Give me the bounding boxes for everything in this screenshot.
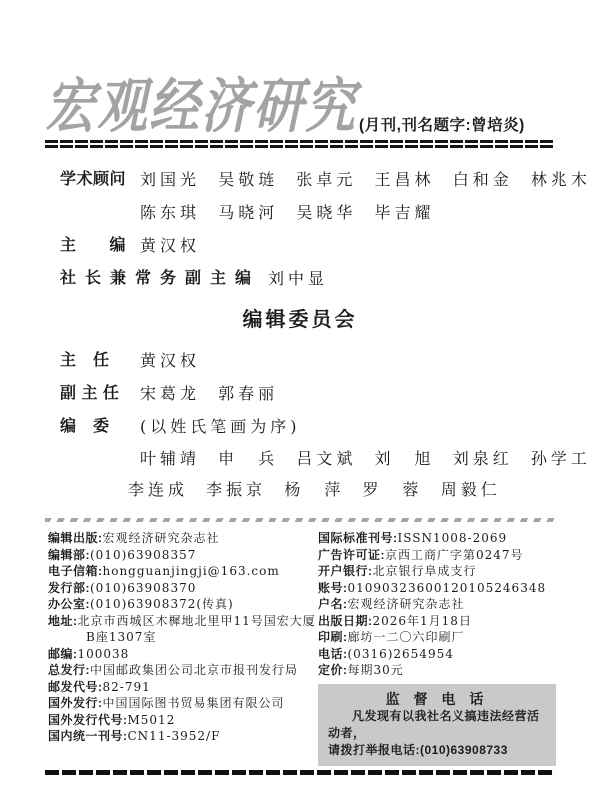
colophon-value: M5012: [128, 713, 176, 727]
colophon-line: 账号:01090323600120105246348: [318, 580, 556, 597]
committee-members-note: (以姓氏笔画为序): [140, 410, 301, 443]
notice-line-1: 凡发现有以我社名义搞违法经营活动者，: [328, 708, 546, 742]
colophon-line: 总发行:中国邮政集团公司北京市报刊发行局: [48, 662, 318, 679]
advisors-row: 学术顾问 刘国光 吴敬琏 张卓元 王昌林 白和金 林兆木 陈东琪 马晓河 吴晓华…: [60, 163, 555, 229]
colophon-label: 邮编:: [48, 647, 78, 661]
colophon-label: 编辑部:: [48, 548, 90, 562]
colophon-value: (010)63908372(传真): [90, 597, 234, 611]
colophon-label: 办公室:: [48, 597, 90, 611]
colophon-value: 北京银行阜成支行: [373, 564, 477, 578]
colophon-line: 国外发行:中国国际图书贸易集团有限公司: [48, 695, 318, 712]
chief-editor-name: 黄汉权: [140, 229, 200, 262]
masthead: 宏观经济研究 (月刊,刊名题字:曾培炎): [45, 52, 555, 136]
colophon-label: 编辑出版:: [48, 531, 103, 545]
colophon-line: 地址:北京市西城区木樨地北里甲11号国宏大厦: [48, 613, 318, 630]
notice-line-2: 请拨打举报电话:(010)63908733: [328, 742, 546, 759]
committee-vice-label: 副 主 任: [60, 377, 126, 410]
colophon-line: 国外发行代号:M5012: [48, 712, 318, 729]
colophon-label: 户名:: [318, 597, 348, 611]
committee-members-label: 编 委: [60, 410, 126, 443]
colophon-line: 定价:每期30元: [318, 662, 556, 679]
colophon-label: 邮发代号:: [48, 680, 103, 694]
director-row: 社长兼常务副主编 刘中显: [60, 262, 555, 295]
committee-chief-row: 主 任 黄汉权: [60, 344, 555, 377]
committee-vice-row: 副 主 任 宋葛龙 郭春丽: [60, 377, 555, 410]
colophon-label: 国内统一刊号:: [48, 729, 128, 743]
colophon-line: 邮发代号:82-791: [48, 679, 318, 696]
colophon-line: 广告许可证:京西工商广字第0247号: [318, 547, 556, 564]
colophon-line: 编辑部:(010)63908357: [48, 547, 318, 564]
colophon-value: 廊坊一二〇六印刷厂: [348, 630, 465, 644]
colophon-value: (0316)2654954: [348, 647, 454, 661]
colophon-line: 发行部:(010)63908370: [48, 580, 318, 597]
director-name: 刘中显: [268, 262, 328, 295]
colophon-value: 中国国际图书贸易集团有限公司: [103, 696, 285, 710]
colophon-line: 邮编:100038: [48, 646, 318, 663]
advisors-names: 刘国光 吴敬琏 张卓元 王昌林 白和金 林兆木 陈东琪 马晓河 吴晓华 毕吉耀: [140, 163, 591, 229]
colophon-value: 2026年1月18日: [373, 614, 472, 628]
colophon-line: 国内统一刊号:CN11-3952/F: [48, 728, 318, 745]
colophon-value: 每期30元: [348, 663, 404, 677]
colophon-line: 办公室:(010)63908372(传真): [48, 596, 318, 613]
committee-members-line-1: 叶辅靖 申 兵 吕文斌 刘 旭 刘泉红 孙学工: [140, 443, 555, 474]
colophon-label: 账号:: [318, 581, 348, 595]
committee-chief-label: 主 任: [60, 344, 126, 377]
colophon-label: 电话:: [318, 647, 348, 661]
colophon-label: 国际标准刊号:: [318, 531, 398, 545]
double-dashed-rule-top: [45, 140, 555, 148]
journal-title-calligraphy: 宏观经济研究: [45, 77, 357, 136]
advisors-line-1: 刘国光 吴敬琏 张卓元 王昌林 白和金 林兆木: [140, 163, 591, 196]
colophon-label: 国外发行:: [48, 696, 103, 710]
colophon-line: 户名:宏观经济研究杂志社: [318, 596, 556, 613]
committee-vice-names: 宋葛龙 郭春丽: [140, 377, 278, 410]
colophon-line: 电话:(0316)2654954: [318, 646, 556, 663]
colophon-value: 中国邮政集团公司北京市报刊发行局: [90, 663, 298, 677]
advisors-label: 学术顾问: [60, 163, 126, 196]
colophon-value: 82-791: [103, 680, 151, 694]
colophon-label: 印刷:: [318, 630, 348, 644]
colophon-line: B座1307室: [48, 629, 318, 646]
colophon-label: 广告许可证:: [318, 548, 385, 562]
colophon-label: 出版日期:: [318, 614, 373, 628]
colophon-value: (010)63908370: [90, 581, 196, 595]
colophon-label: 发行部:: [48, 581, 90, 595]
colophon-value: 01090323600120105246348: [348, 581, 547, 595]
colophon-value: CN11-3952/F: [128, 729, 221, 743]
journal-subtitle: (月刊,刊名题字:曾培炎): [359, 113, 525, 136]
colophon-value: 宏观经济研究杂志社: [103, 531, 220, 545]
dashed-rule-bottom: [45, 770, 555, 775]
committee-members-row: 编 委 (以姓氏笔画为序): [60, 410, 555, 443]
colophon-value: ISSN1008-2069: [398, 531, 508, 545]
staff-section: 学术顾问 刘国光 吴敬琏 张卓元 王昌林 白和金 林兆木 陈东琪 马晓河 吴晓华…: [60, 163, 555, 295]
colophon-line: 印刷:廊坊一二〇六印刷厂: [318, 629, 556, 646]
committee-members-line-2: 李连成 李振京 杨 萍 罗 蓉 周毅仁: [128, 474, 555, 505]
journal-masthead-page: 宏观经济研究 (月刊,刊名题字:曾培炎) 学术顾问 刘国光 吴敬琏 张卓元 王昌…: [0, 0, 600, 808]
colophon-right-lines: 国际标准刊号:ISSN1008-2069 广告许可证:京西工商广字第0247号 …: [318, 530, 556, 679]
colophon-value: 宏观经济研究杂志社: [348, 597, 465, 611]
colophon-value: hongguanjingji@163.com: [103, 564, 280, 578]
colophon-value: 京西工商广字第0247号: [385, 548, 524, 562]
chief-editor-row: 主 编 黄汉权: [60, 229, 555, 262]
colophon-value: 北京市西城区木樨地北里甲11号国宏大厦: [78, 614, 316, 628]
colophon-label: 电子信箱:: [48, 564, 103, 578]
colophon-value: 100038: [78, 647, 130, 661]
colophon-label: 国外发行代号:: [48, 713, 128, 727]
colophon-label: 地址:: [48, 614, 78, 628]
colophon-value: B座1307室: [86, 630, 156, 644]
committee-heading: 编辑委员会: [45, 304, 555, 334]
colophon-right-column: 国际标准刊号:ISSN1008-2069 广告许可证:京西工商广字第0247号 …: [318, 530, 556, 766]
colophon-line: 编辑出版:宏观经济研究杂志社: [48, 530, 318, 547]
director-label: 社长兼常务副主编: [60, 262, 260, 295]
chief-editor-label: 主 编: [60, 229, 126, 262]
colophon-label: 总发行:: [48, 663, 90, 677]
wavy-gray-rule: [45, 518, 555, 522]
colophon-line: 电子信箱:hongguanjingji@163.com: [48, 563, 318, 580]
committee-section: 主 任 黄汉权 副 主 任 宋葛龙 郭春丽 编 委 (以姓氏笔画为序) 叶辅靖 …: [60, 344, 555, 505]
colophon-value: (010)63908357: [90, 548, 196, 562]
colophon-line: 出版日期:2026年1月18日: [318, 613, 556, 630]
advisors-line-2: 陈东琪 马晓河 吴晓华 毕吉耀: [140, 196, 591, 229]
notice-title: 监 督 电 话: [328, 690, 546, 708]
colophon-label: 开户银行:: [318, 564, 373, 578]
colophon-label: 定价:: [318, 663, 348, 677]
committee-chief-name: 黄汉权: [140, 344, 200, 377]
colophon-section: 编辑出版:宏观经济研究杂志社 编辑部:(010)63908357 电子信箱:ho…: [48, 530, 555, 766]
colophon-line: 国际标准刊号:ISSN1008-2069: [318, 530, 556, 547]
colophon-line: 开户银行:北京银行阜成支行: [318, 563, 556, 580]
colophon-left-column: 编辑出版:宏观经济研究杂志社 编辑部:(010)63908357 电子信箱:ho…: [48, 530, 318, 766]
supervision-notice-box: 监 督 电 话 凡发现有以我社名义搞违法经营活动者， 请拨打举报电话:(010)…: [318, 684, 556, 766]
